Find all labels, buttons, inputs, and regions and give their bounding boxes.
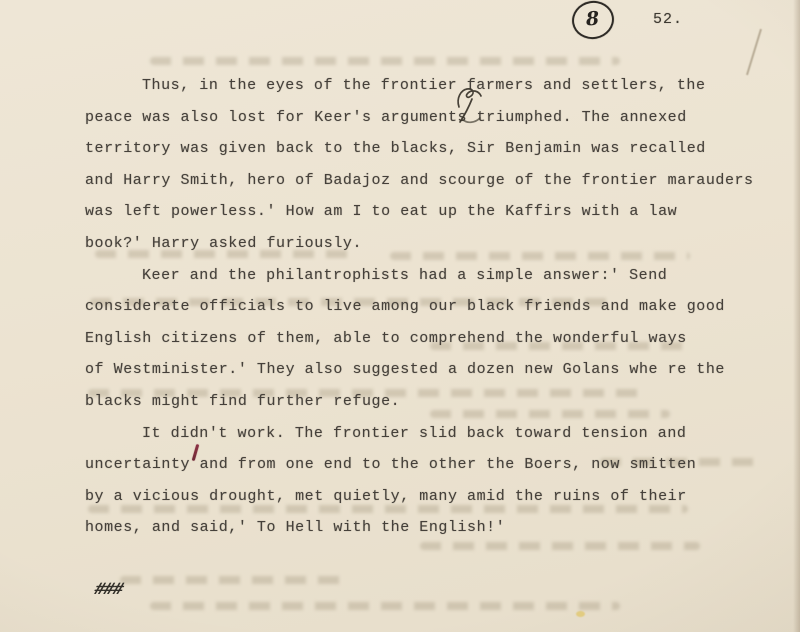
typescript-line: was left powerless.' How am I to eat up … xyxy=(85,196,791,228)
line-text: and from one end to the other the Boers,… xyxy=(190,456,696,473)
typescript-line: and Harry Smith, hero of Badajoz and sco… xyxy=(85,165,791,197)
typescript-line: It didn't work. The frontier slid back t… xyxy=(85,418,791,450)
line-text: uncertainty xyxy=(85,456,190,473)
typescript-line: Keer and the philantrophists had a simpl… xyxy=(85,260,791,292)
paper-edge-shadow xyxy=(793,0,800,632)
pen-squiggle-icon xyxy=(450,83,490,127)
line-text: s triumphed. The annexed xyxy=(458,109,687,126)
typescript-line: Thus, in the eyes of the frontier farmer… xyxy=(85,70,791,102)
typescript-line: considerate officials to live among our … xyxy=(85,291,791,323)
end-of-copy-mark: ### xyxy=(91,581,126,600)
typescript-body: Thus, in the eyes of the frontier farmer… xyxy=(85,70,791,544)
typescript-line: homes, and said,' To Hell with the Engli… xyxy=(85,512,791,544)
typescript-line: territory was given back to the blacks, … xyxy=(85,133,791,165)
paper-crease xyxy=(746,29,762,75)
typescript-line: book?' Harry asked furiously. xyxy=(85,228,791,260)
typescript-line: English citizens of them, able to compre… xyxy=(85,323,791,355)
circled-page-mark: 8 xyxy=(569,0,617,42)
circled-number: 8 xyxy=(586,8,601,31)
typescript-line: by a vicious drought, met quietly, many … xyxy=(85,481,791,513)
typescript-line: peace was also lost for Keer's arguments… xyxy=(85,102,791,134)
typescript-line: of Westminister.' They also suggested a … xyxy=(85,354,791,386)
typescript-line: blacks might find further refuge. xyxy=(85,386,791,418)
typescript-line: uncertainty and from one end to the othe… xyxy=(85,449,791,481)
manuscript-page: 8 52. Thus, in the eyes of the frontier … xyxy=(0,0,800,632)
page-number: 52. xyxy=(653,11,683,28)
line-text: peace was also lost for Keer's argument xyxy=(85,109,458,126)
bleedthrough-ghost xyxy=(150,57,620,65)
bleedthrough-ghost xyxy=(150,602,620,610)
bleedthrough-ghost xyxy=(120,576,350,584)
paper-stain xyxy=(576,611,585,617)
